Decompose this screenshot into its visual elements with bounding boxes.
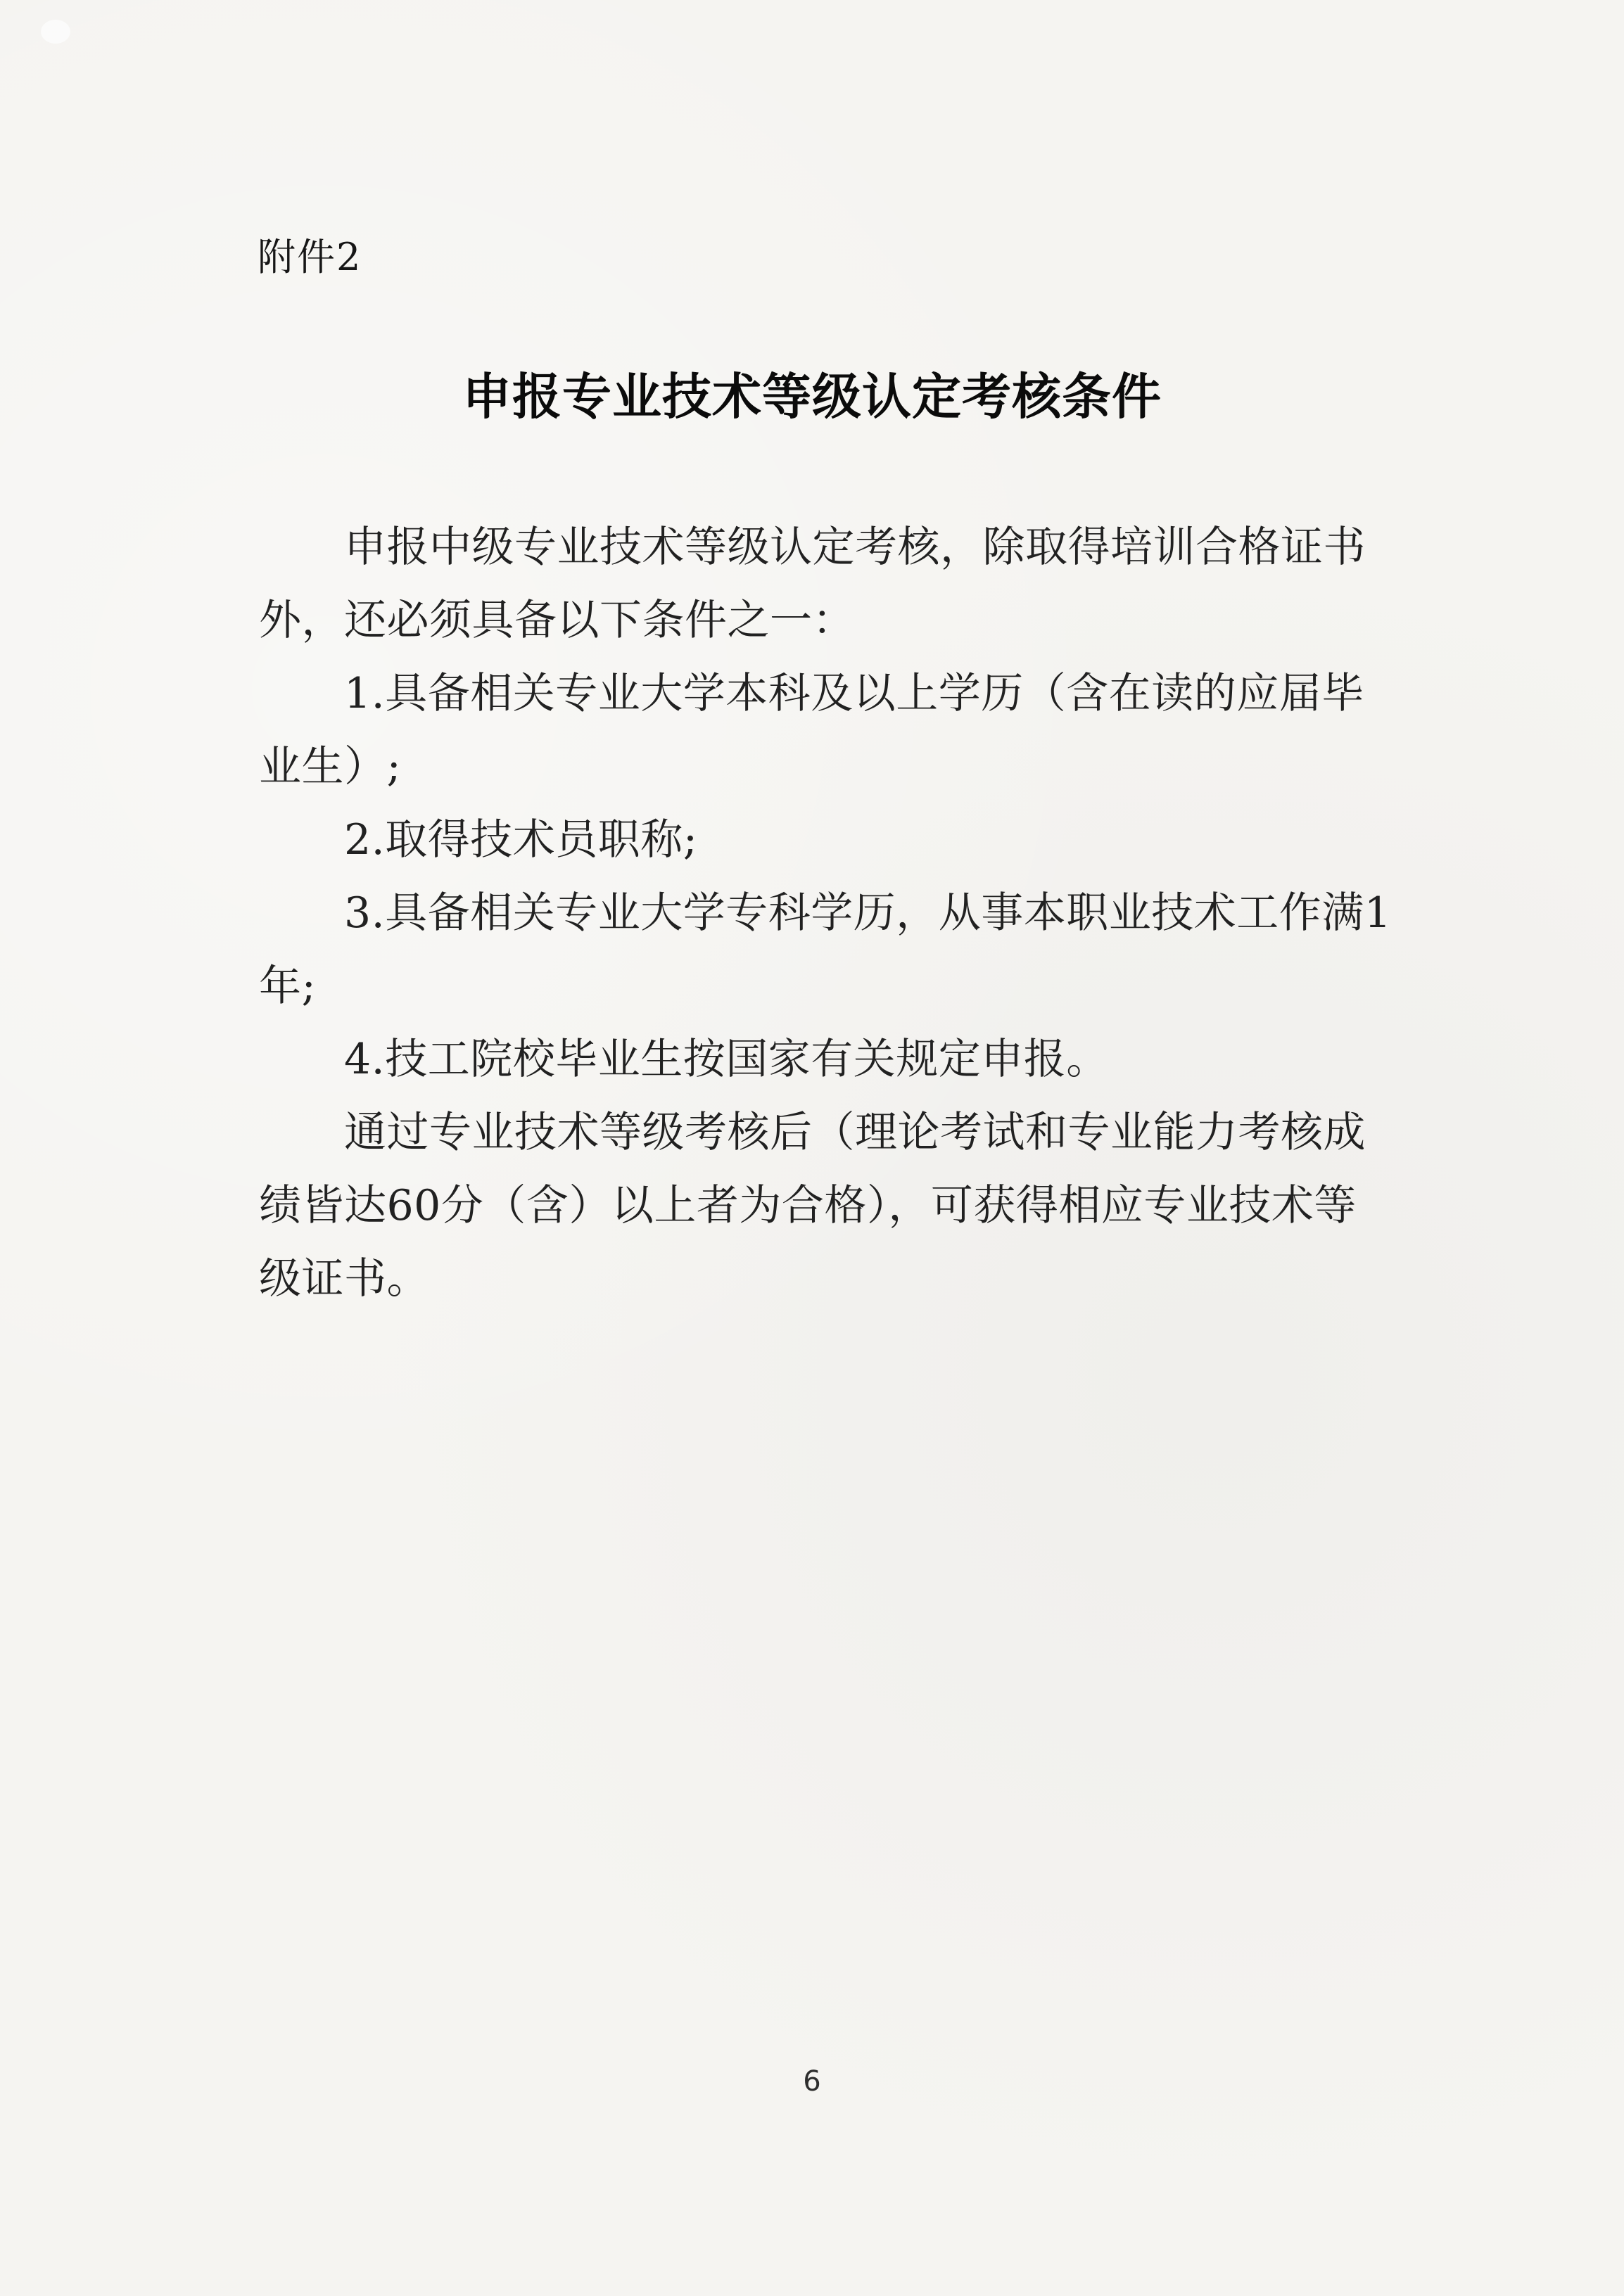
page-number: 6 [0, 2065, 1624, 2098]
attachment-label: 附件2 [258, 236, 362, 278]
body-line: 1.具备相关专业大学本科及以上学历（含在读的应届毕 [259, 657, 1374, 730]
body-line: 年; [259, 950, 1374, 1023]
body-line: 申报中级专业技术等级认定考核，除取得培训合格证书 [259, 511, 1374, 584]
body-line: 3.具备相关专业大学专科学历，从事本职业技术工作满1 [259, 876, 1374, 950]
body-line: 通过专业技术等级考核后（理论考试和专业能力考核成 [259, 1096, 1374, 1169]
scan-blemish [41, 20, 70, 44]
body-line: 4.技工院校毕业生按国家有关规定申报。 [259, 1023, 1374, 1096]
scanned-document-page: 附件2 申报专业技术等级认定考核条件 申报中级专业技术等级认定考核，除取得培训合… [0, 0, 1624, 2296]
body-line: 级证书。 [259, 1242, 1374, 1315]
body-line: 业生）; [259, 730, 1374, 803]
body-line: 绩皆达60分（含）以上者为合格），可获得相应专业技术等 [259, 1169, 1374, 1242]
document-body: 申报中级专业技术等级认定考核，除取得培训合格证书外，还必须具备以下条件之一：1.… [259, 511, 1374, 1315]
document-title: 申报专业技术等级认定考核条件 [0, 369, 1624, 426]
body-line: 外，还必须具备以下条件之一： [259, 584, 1374, 657]
body-line: 2.取得技术员职称; [259, 803, 1374, 876]
